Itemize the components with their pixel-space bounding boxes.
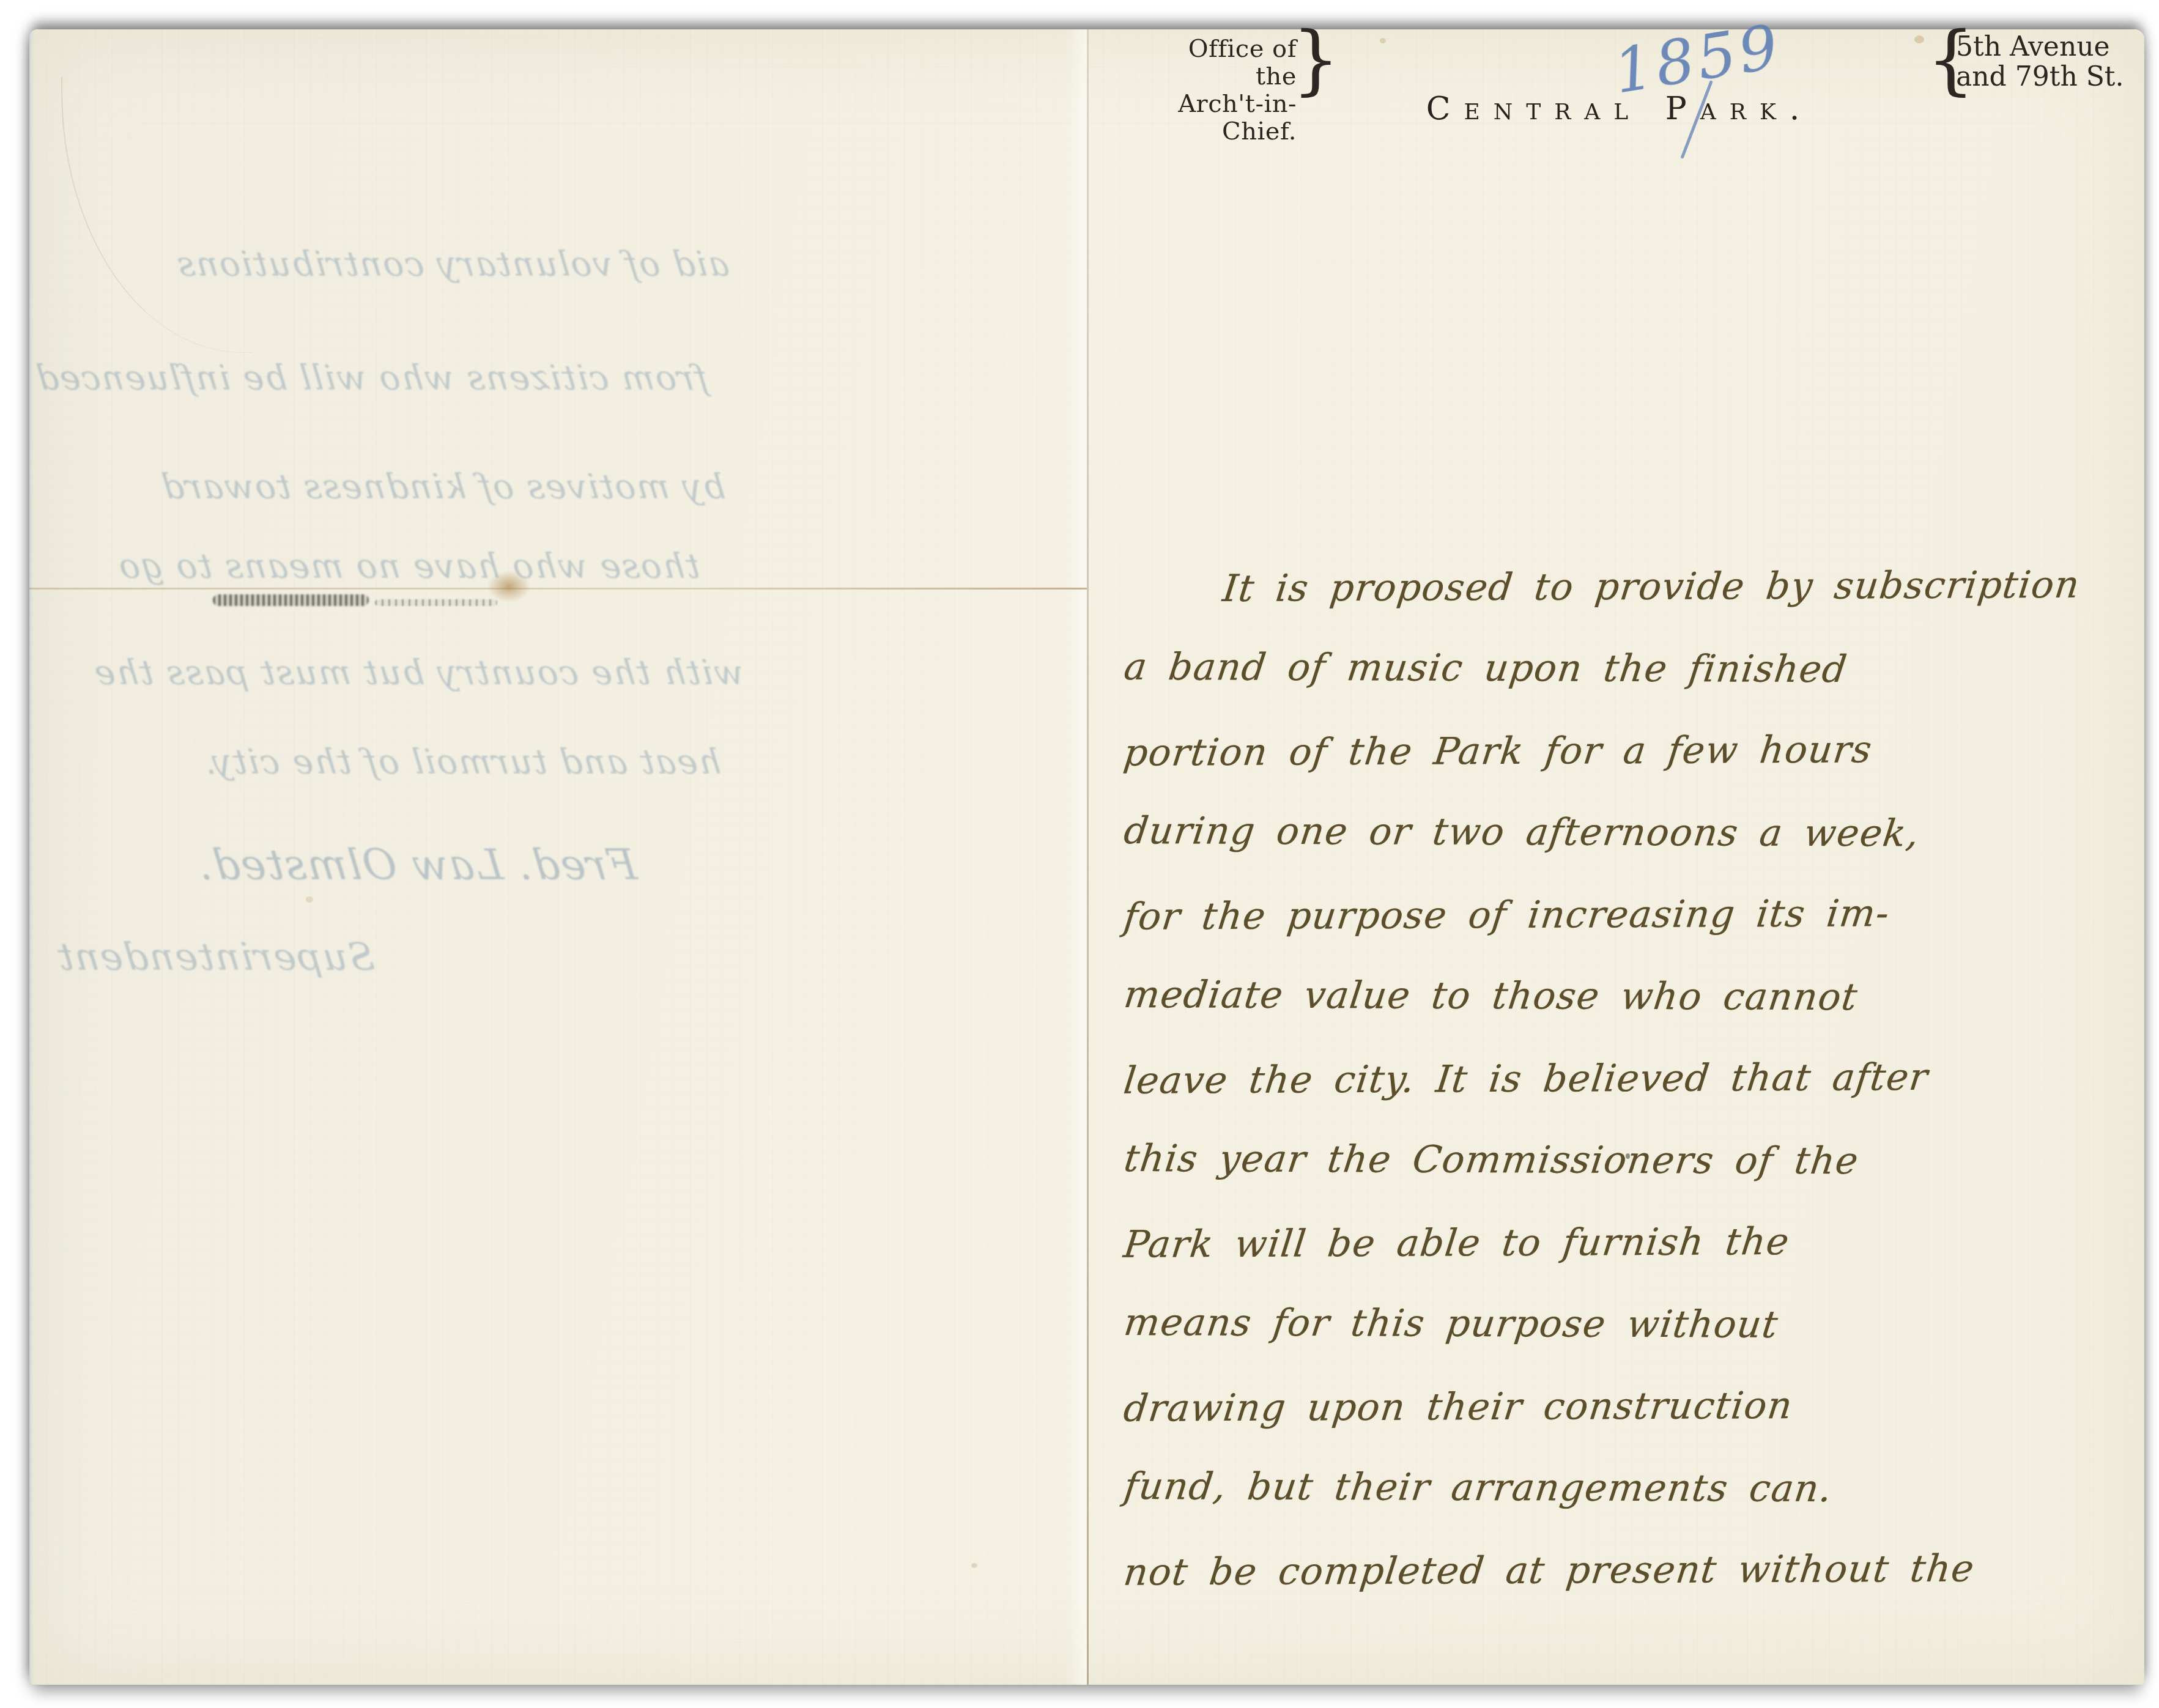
document-photo: aid of voluntary contributions from citi… <box>0 0 2159 1708</box>
handwritten-line: portion of the Park for a few hours <box>1119 708 2159 794</box>
vertical-fold-highlight <box>1065 29 1087 1685</box>
handwritten-line: mediate value to those who cannot <box>1119 954 2159 1040</box>
bleed-through-line: Superintendent <box>54 934 377 979</box>
foxing-spot <box>971 1563 977 1568</box>
horizontal-fold-crease <box>29 588 1087 590</box>
handwritten-line: during one or two afternoons a week, <box>1119 790 2159 876</box>
handwritten-line: not be completed at present without the <box>1119 1527 2159 1613</box>
handwritten-line: this year the Commissioners of the <box>1119 1118 2159 1203</box>
bleed-through-line: with the country but must pass the <box>92 653 746 693</box>
letterhead-office-line1: Office of the <box>1141 35 1297 91</box>
vertical-fold-crease <box>1087 29 1089 1685</box>
letter-sheet: aid of voluntary contributions from citi… <box>29 29 2144 1685</box>
handwritten-line: means for this purpose without <box>1119 1282 2159 1367</box>
foxing-spot <box>1380 38 1386 43</box>
ink-smudge-speckles <box>375 599 497 606</box>
bleed-through-line: from citizens who will be influenced <box>34 358 710 398</box>
bleed-through-line: those who have no means to go <box>116 547 702 586</box>
letterhead-address-line1: 5th Avenue <box>1956 32 2159 62</box>
bleed-through-line: by motives of kindness toward <box>159 467 727 507</box>
foxing-spot <box>306 897 313 903</box>
letterhead-address-line2: and 79th St. <box>1956 62 2159 92</box>
ink-smudge <box>213 594 369 606</box>
letterhead-office-block: Office of the Arch't-in-Chief. <box>1141 35 1297 146</box>
handwritten-line: leave the city. It is believed that afte… <box>1119 1035 2159 1122</box>
handwritten-line: fund, but their arrangements can. <box>1119 1446 2159 1531</box>
handwritten-line: Park will be able to furnish the <box>1119 1199 2159 1285</box>
letterhead-right-brace: } <box>1292 22 1340 98</box>
bleed-through-line: heat and turmoil of the city. <box>202 742 723 782</box>
handwritten-text: It is proposed to provide by subscriptio… <box>1124 546 2159 1611</box>
handwritten-line: It is proposed to provide by subscriptio… <box>1119 544 2159 630</box>
handwritten-line: for the purpose of increasing its im- <box>1119 871 2159 958</box>
handwritten-line: a band of music upon the finished <box>1119 626 2159 712</box>
foxing-spot <box>1914 35 1924 43</box>
letterhead-address-block: 5th Avenue and 79th St. <box>1956 32 2159 92</box>
letterhead-office-line2: Arch't-in-Chief. <box>1141 91 1297 146</box>
handwritten-line: drawing upon their construction <box>1119 1363 2159 1449</box>
bleed-through-line: aid of voluntary contributions <box>174 245 731 284</box>
bleed-through-signature: Fred. Law Olmsted. <box>195 841 639 890</box>
